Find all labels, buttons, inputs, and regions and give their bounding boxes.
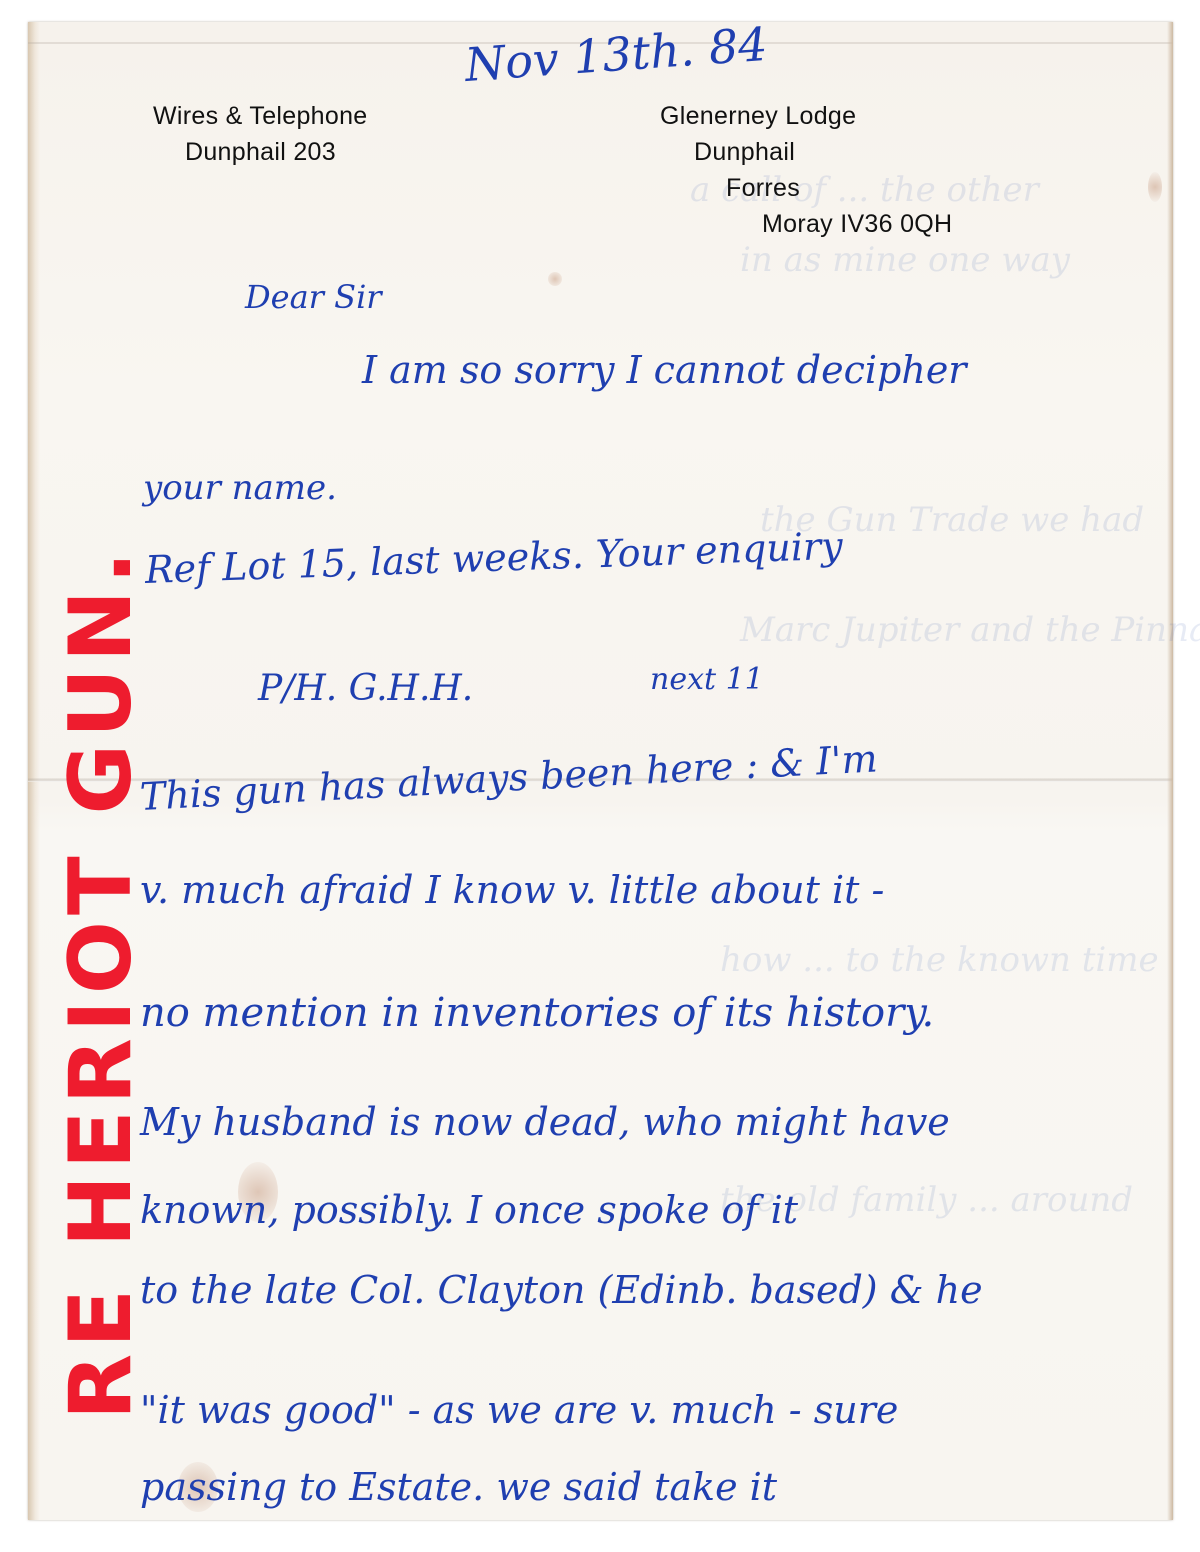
bleed-through-text: how ... to the known time (720, 940, 1159, 980)
letterhead-phone-number: Dunphail 203 (153, 134, 367, 170)
letter-line: passing to Estate. we said take it (140, 1465, 777, 1509)
bleed-through-text: Marc Jupiter and the Pinnacle (740, 610, 1200, 650)
letter-line: no mention in inventories of its history… (140, 990, 934, 1036)
letter-line: known, possibly. I once spoke of it (140, 1188, 798, 1232)
address-line-4: Moray IV36 0QH (660, 206, 952, 242)
letterhead-telephone: Wires & Telephone Dunphail 203 (153, 98, 367, 170)
bleed-through-text: in as mine one way (740, 240, 1070, 280)
address-line-2: Dunphail (660, 134, 952, 170)
letter-line: My husband is now dead, who might have (140, 1100, 950, 1144)
letter-line-reference: P/H. G.H.H. (258, 668, 473, 709)
letter-line-reference-note: next 11 (650, 662, 764, 697)
letter-line: I am so sorry I cannot decipher (362, 348, 966, 392)
letter-line: v. much afraid I know v. little about it… (140, 868, 884, 912)
letter-line: to the late Col. Clayton (Edinb. based) … (140, 1268, 983, 1312)
paper-stain (548, 272, 562, 286)
red-marker-annotation: RE HERIOT GUN. (58, 545, 144, 1420)
letter-line: your name. (143, 468, 337, 508)
address-line-3: Forres (660, 170, 952, 206)
letterhead-address: Glenerney Lodge Dunphail Forres Moray IV… (660, 98, 952, 242)
letter-salutation: Dear Sir (245, 278, 382, 316)
address-line-1: Glenerney Lodge (660, 98, 952, 134)
letterhead-wires-label: Wires & Telephone (153, 98, 367, 134)
paper-stain (1148, 172, 1162, 202)
letter-line: "it was good" - as we are v. much - sure (140, 1388, 898, 1432)
